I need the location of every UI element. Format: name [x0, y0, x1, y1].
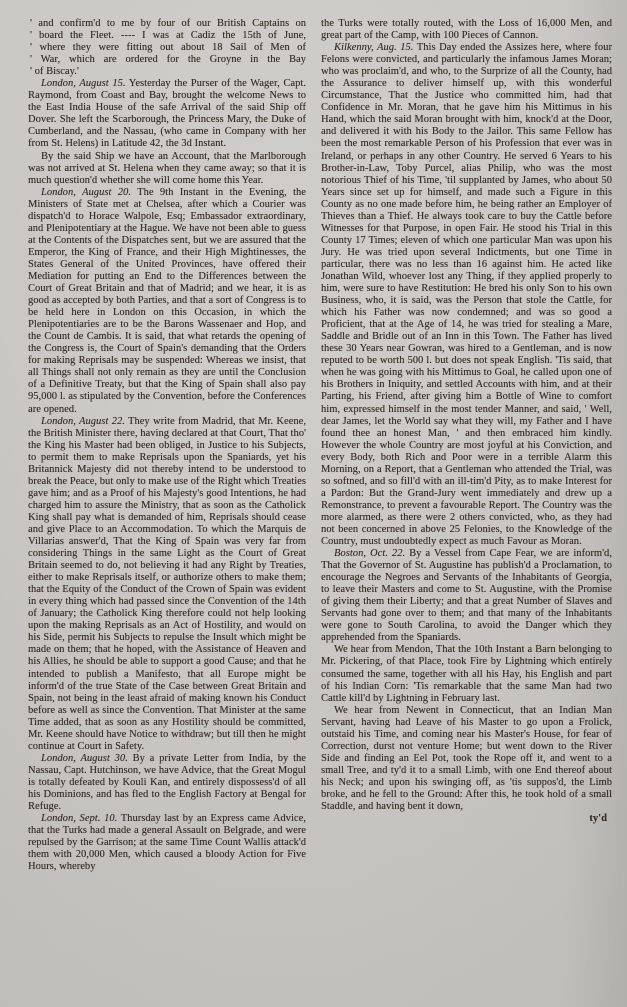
dateline: London, August 20. — [41, 187, 131, 198]
news-paragraph: London, August 22. They write from Madri… — [28, 416, 306, 753]
dateline: London, August 30. — [41, 753, 128, 764]
newspaper-page: ' and confirm'd to me by four of our Bri… — [0, 0, 627, 1000]
quote-line: ' and confirm'd to me by four of our Bri… — [30, 18, 306, 30]
news-paragraph: London, Sept. 10. Thursday last by an Ex… — [28, 813, 306, 873]
news-paragraph: Boston, Oct. 22. By a Vessel from Cape F… — [321, 548, 612, 644]
news-paragraph: London, August 30. By a private Letter f… — [28, 753, 306, 813]
quote-line: ' of Biscay.' — [30, 66, 306, 78]
right-column: the Turks were totally routed, with the … — [321, 18, 612, 1000]
news-paragraph: London, August 20. The 9th Instant in th… — [28, 187, 306, 416]
dateline: London, August 15. — [41, 78, 126, 89]
news-paragraph-continuation: the Turks were totally routed, with the … — [321, 18, 612, 42]
paragraph-text: They write from Madrid, that Mr. Keene, … — [28, 416, 306, 752]
left-column: ' and confirm'd to me by four of our Bri… — [28, 18, 306, 1000]
paragraph-text: By a Vessel from Cape Fear, we are infor… — [321, 548, 612, 643]
dateline: London, Sept. 10. — [41, 813, 117, 824]
dateline: London, August 22. — [41, 416, 125, 427]
dateline: Boston, Oct. 22. — [334, 548, 405, 559]
quote-line: ' War, which are ordered for the Groyne … — [30, 54, 306, 66]
quote-line: ' where they were fitting out about 18 S… — [30, 42, 306, 54]
news-paragraph: By the said Ship we have an Account, tha… — [28, 151, 306, 187]
catchword: ty'd — [321, 813, 612, 825]
news-paragraph: We hear from Mendon, That the 10th Insta… — [321, 644, 612, 704]
quoted-extract: ' and confirm'd to me by four of our Bri… — [30, 18, 306, 78]
paragraph-text: By the said Ship we have an Account, tha… — [28, 151, 306, 186]
paragraph-text: We hear from Mendon, That the 10th Insta… — [321, 644, 612, 703]
news-paragraph: London, August 15. Yesterday the Purser … — [28, 78, 306, 150]
news-paragraph: Kilkenny, Aug. 15. This Day ended the As… — [321, 42, 612, 548]
paragraph-text: This Day ended the Assizes here, where f… — [321, 42, 612, 547]
paragraph-text: the Turks were totally routed, with the … — [321, 18, 612, 41]
dateline: Kilkenny, Aug. 15. — [334, 42, 413, 53]
paragraph-text: The 9th Instant in the Evening, the Mini… — [28, 187, 306, 415]
quote-line: ' board the Fleet. ---- I was at Cadiz t… — [30, 30, 306, 42]
paragraph-text: We hear from Newent in Connecticut, that… — [321, 705, 612, 812]
news-paragraph: We hear from Newent in Connecticut, that… — [321, 705, 612, 813]
